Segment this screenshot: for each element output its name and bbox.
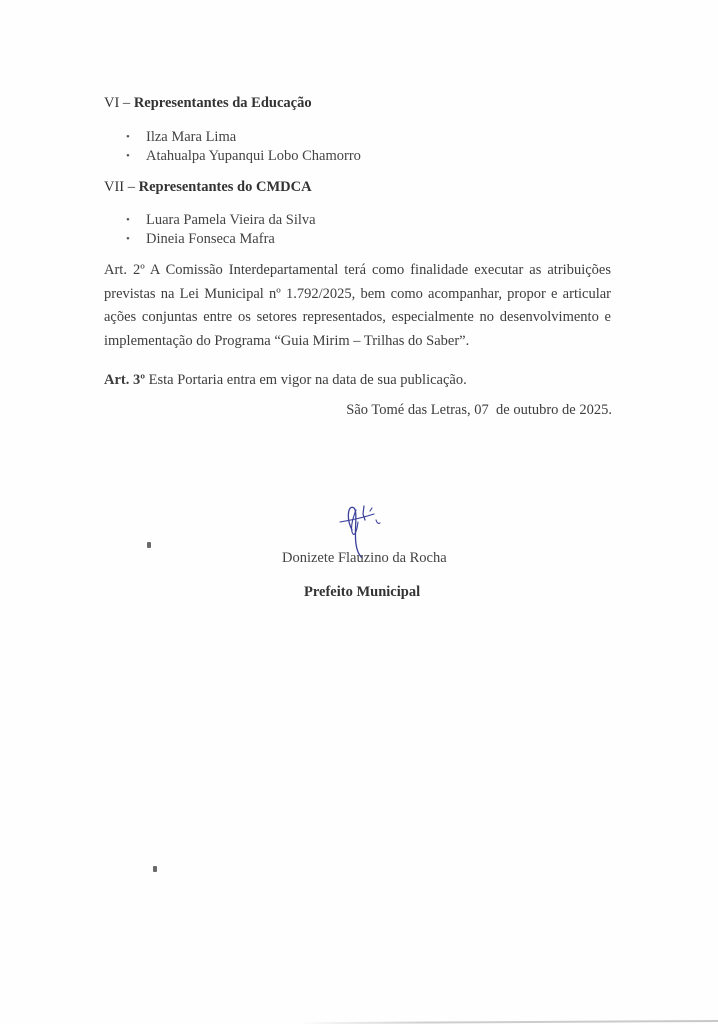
document-page: VI – Representantes da Educação • Ilza M… [0,0,718,1024]
scan-speck [153,866,157,872]
place-date: São Tomé das Letras, 07 de outubro de 20… [346,402,612,419]
cmdca-members-list: • Luara Pamela Vieira da Silva • Dineia … [124,211,316,248]
list-item: • Ilza Mara Lima [124,128,361,147]
education-members-list: • Ilza Mara Lima • Atahualpa Yupanqui Lo… [124,128,361,165]
list-item: • Luara Pamela Vieira da Silva [124,211,316,230]
list-item: • Atahualpa Yupanqui Lobo Chamorro [124,147,361,166]
article-label: Art. 3º [104,372,145,388]
bullet-icon: • [126,230,130,249]
bullet-icon: • [126,147,130,166]
scan-edge-shadow [300,1020,718,1024]
article-text: Esta Portaria entra em vigor na data de … [145,372,467,388]
scan-speck [147,542,151,548]
bullet-icon: • [126,211,130,230]
section-roman-numeral: VI – [104,95,134,111]
section-heading-cmdca: VII – Representantes do CMDCA [104,179,312,196]
section-heading-education: VI – Representantes da Educação [104,95,312,112]
article-text: A Comissão Interdepartamental terá como … [104,262,611,349]
section-title: Representantes da Educação [134,95,312,111]
signer-name: Donizete Flauzino da Rocha [282,550,447,567]
signer-role: Prefeito Municipal [304,584,420,601]
article-2: Art. 2º A Comissão Interdepartamental te… [104,259,611,353]
list-item: • Dineia Fonseca Mafra [124,230,316,249]
member-name: Dineia Fonseca Mafra [146,231,275,247]
section-roman-numeral: VII – [104,179,139,195]
member-name: Ilza Mara Lima [146,129,236,145]
article-3: Art. 3º Esta Portaria entra em vigor na … [104,372,467,389]
article-label: Art. 2º [104,262,145,278]
member-name: Luara Pamela Vieira da Silva [146,212,316,228]
member-name: Atahualpa Yupanqui Lobo Chamorro [146,148,361,164]
bullet-icon: • [126,128,130,147]
section-title: Representantes do CMDCA [139,179,312,195]
